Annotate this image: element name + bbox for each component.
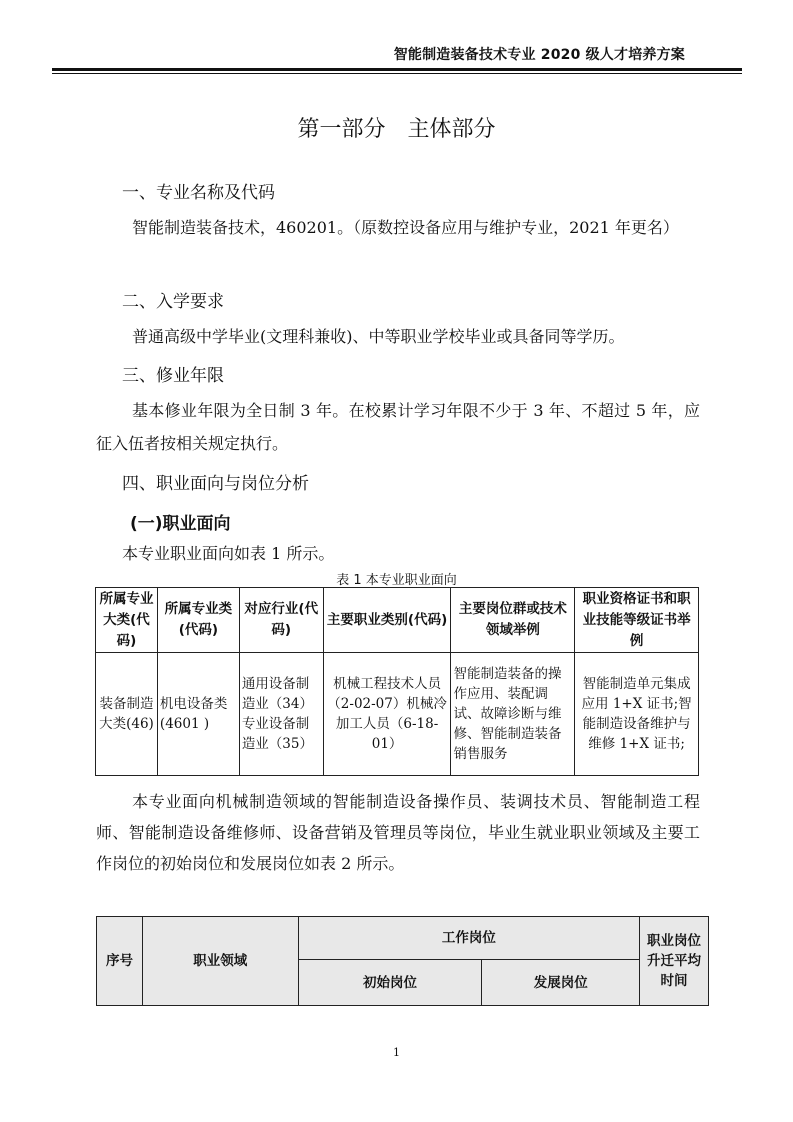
running-header: 智能制造装备技术专业 2020 级人才培养方案 bbox=[394, 44, 685, 64]
section-heading-2: 二、入学要求 bbox=[122, 287, 224, 312]
section-body-2: 普通高级中学毕业(文理科兼收)、中等职业学校毕业或具备同等学历。 bbox=[96, 320, 700, 353]
table-row: 装备制造大类(46) 机电设备类(4601 ) 通用设备制造业（34）专业设备制… bbox=[96, 653, 699, 776]
section-heading-4: 四、职业面向与岗位分析 bbox=[122, 469, 309, 494]
table1-header-cell: 所属专业类(代码) bbox=[157, 588, 239, 653]
table2-header-field: 职业领域 bbox=[142, 917, 298, 1006]
paragraph-after-table1: 本专业面向机械制造领域的智能制造设备操作员、装调技术员、智能制造工程师、智能制造… bbox=[96, 786, 700, 879]
table1-cell: 机械工程技术人员（2-02-07）机械冷加工人员（6-18-01） bbox=[323, 653, 451, 776]
table1-caption: 表 1 本专业职业面向 bbox=[0, 569, 793, 588]
section-body-3: 基本修业年限为全日制 3 年。在校累计学习年限不少于 3 年、不超过 5 年，应… bbox=[96, 394, 700, 460]
header-rule bbox=[52, 68, 742, 74]
table1-header-cell: 对应行业(代码) bbox=[239, 588, 323, 653]
table1-cell: 装备制造大类(46) bbox=[96, 653, 158, 776]
table2-header-development: 发展岗位 bbox=[482, 960, 640, 1006]
table1-header-cell: 主要职业类别(代码) bbox=[323, 588, 451, 653]
subsection-heading: (一)职业面向 bbox=[130, 509, 231, 534]
subsection-intro: 本专业职业面向如表 1 所示。 bbox=[96, 537, 700, 570]
table2-header-seq: 序号 bbox=[97, 917, 143, 1006]
section-body-1: 智能制造装备技术，460201。（原数控设备应用与维护专业，2021 年更名） bbox=[96, 211, 700, 244]
table1-cell: 通用设备制造业（34）专业设备制造业（35） bbox=[239, 653, 323, 776]
page-number: 1 bbox=[0, 1046, 793, 1059]
table1-cell: 机电设备类(4601 ) bbox=[157, 653, 239, 776]
table2-header-positions: 工作岗位 bbox=[298, 917, 639, 960]
section-heading-3: 三、修业年限 bbox=[122, 361, 224, 386]
table1-cell: 智能制造装备的操作应用、装配调试、故障诊断与维修、智能制造装备销售服务 bbox=[451, 653, 575, 776]
section-heading-1: 一、专业名称及代码 bbox=[122, 178, 275, 203]
table1-cell: 智能制造单元集成应用 1+X 证书;智能制造设备维护与维修 1+X 证书; bbox=[575, 653, 699, 776]
page-title: 第一部分 主体部分 bbox=[0, 112, 793, 143]
table-occupation-orientation: 所属专业大类(代码) 所属专业类(代码) 对应行业(代码) 主要职业类别(代码)… bbox=[95, 587, 699, 776]
table1-header-row: 所属专业大类(代码) 所属专业类(代码) 对应行业(代码) 主要职业类别(代码)… bbox=[96, 588, 699, 653]
table1-header-cell: 职业资格证书和职业技能等级证书举例 bbox=[575, 588, 699, 653]
table2-header-promotion-time: 职业岗位升迁平均时间 bbox=[640, 917, 709, 1006]
table2-header-row: 序号 职业领域 工作岗位 职业岗位升迁平均时间 bbox=[97, 917, 709, 960]
table1-header-cell: 主要岗位群或技术领域举例 bbox=[451, 588, 575, 653]
table1-header-cell: 所属专业大类(代码) bbox=[96, 588, 158, 653]
table2-header-initial: 初始岗位 bbox=[298, 960, 482, 1006]
table-career-positions: 序号 职业领域 工作岗位 职业岗位升迁平均时间 初始岗位 发展岗位 bbox=[96, 916, 709, 1006]
